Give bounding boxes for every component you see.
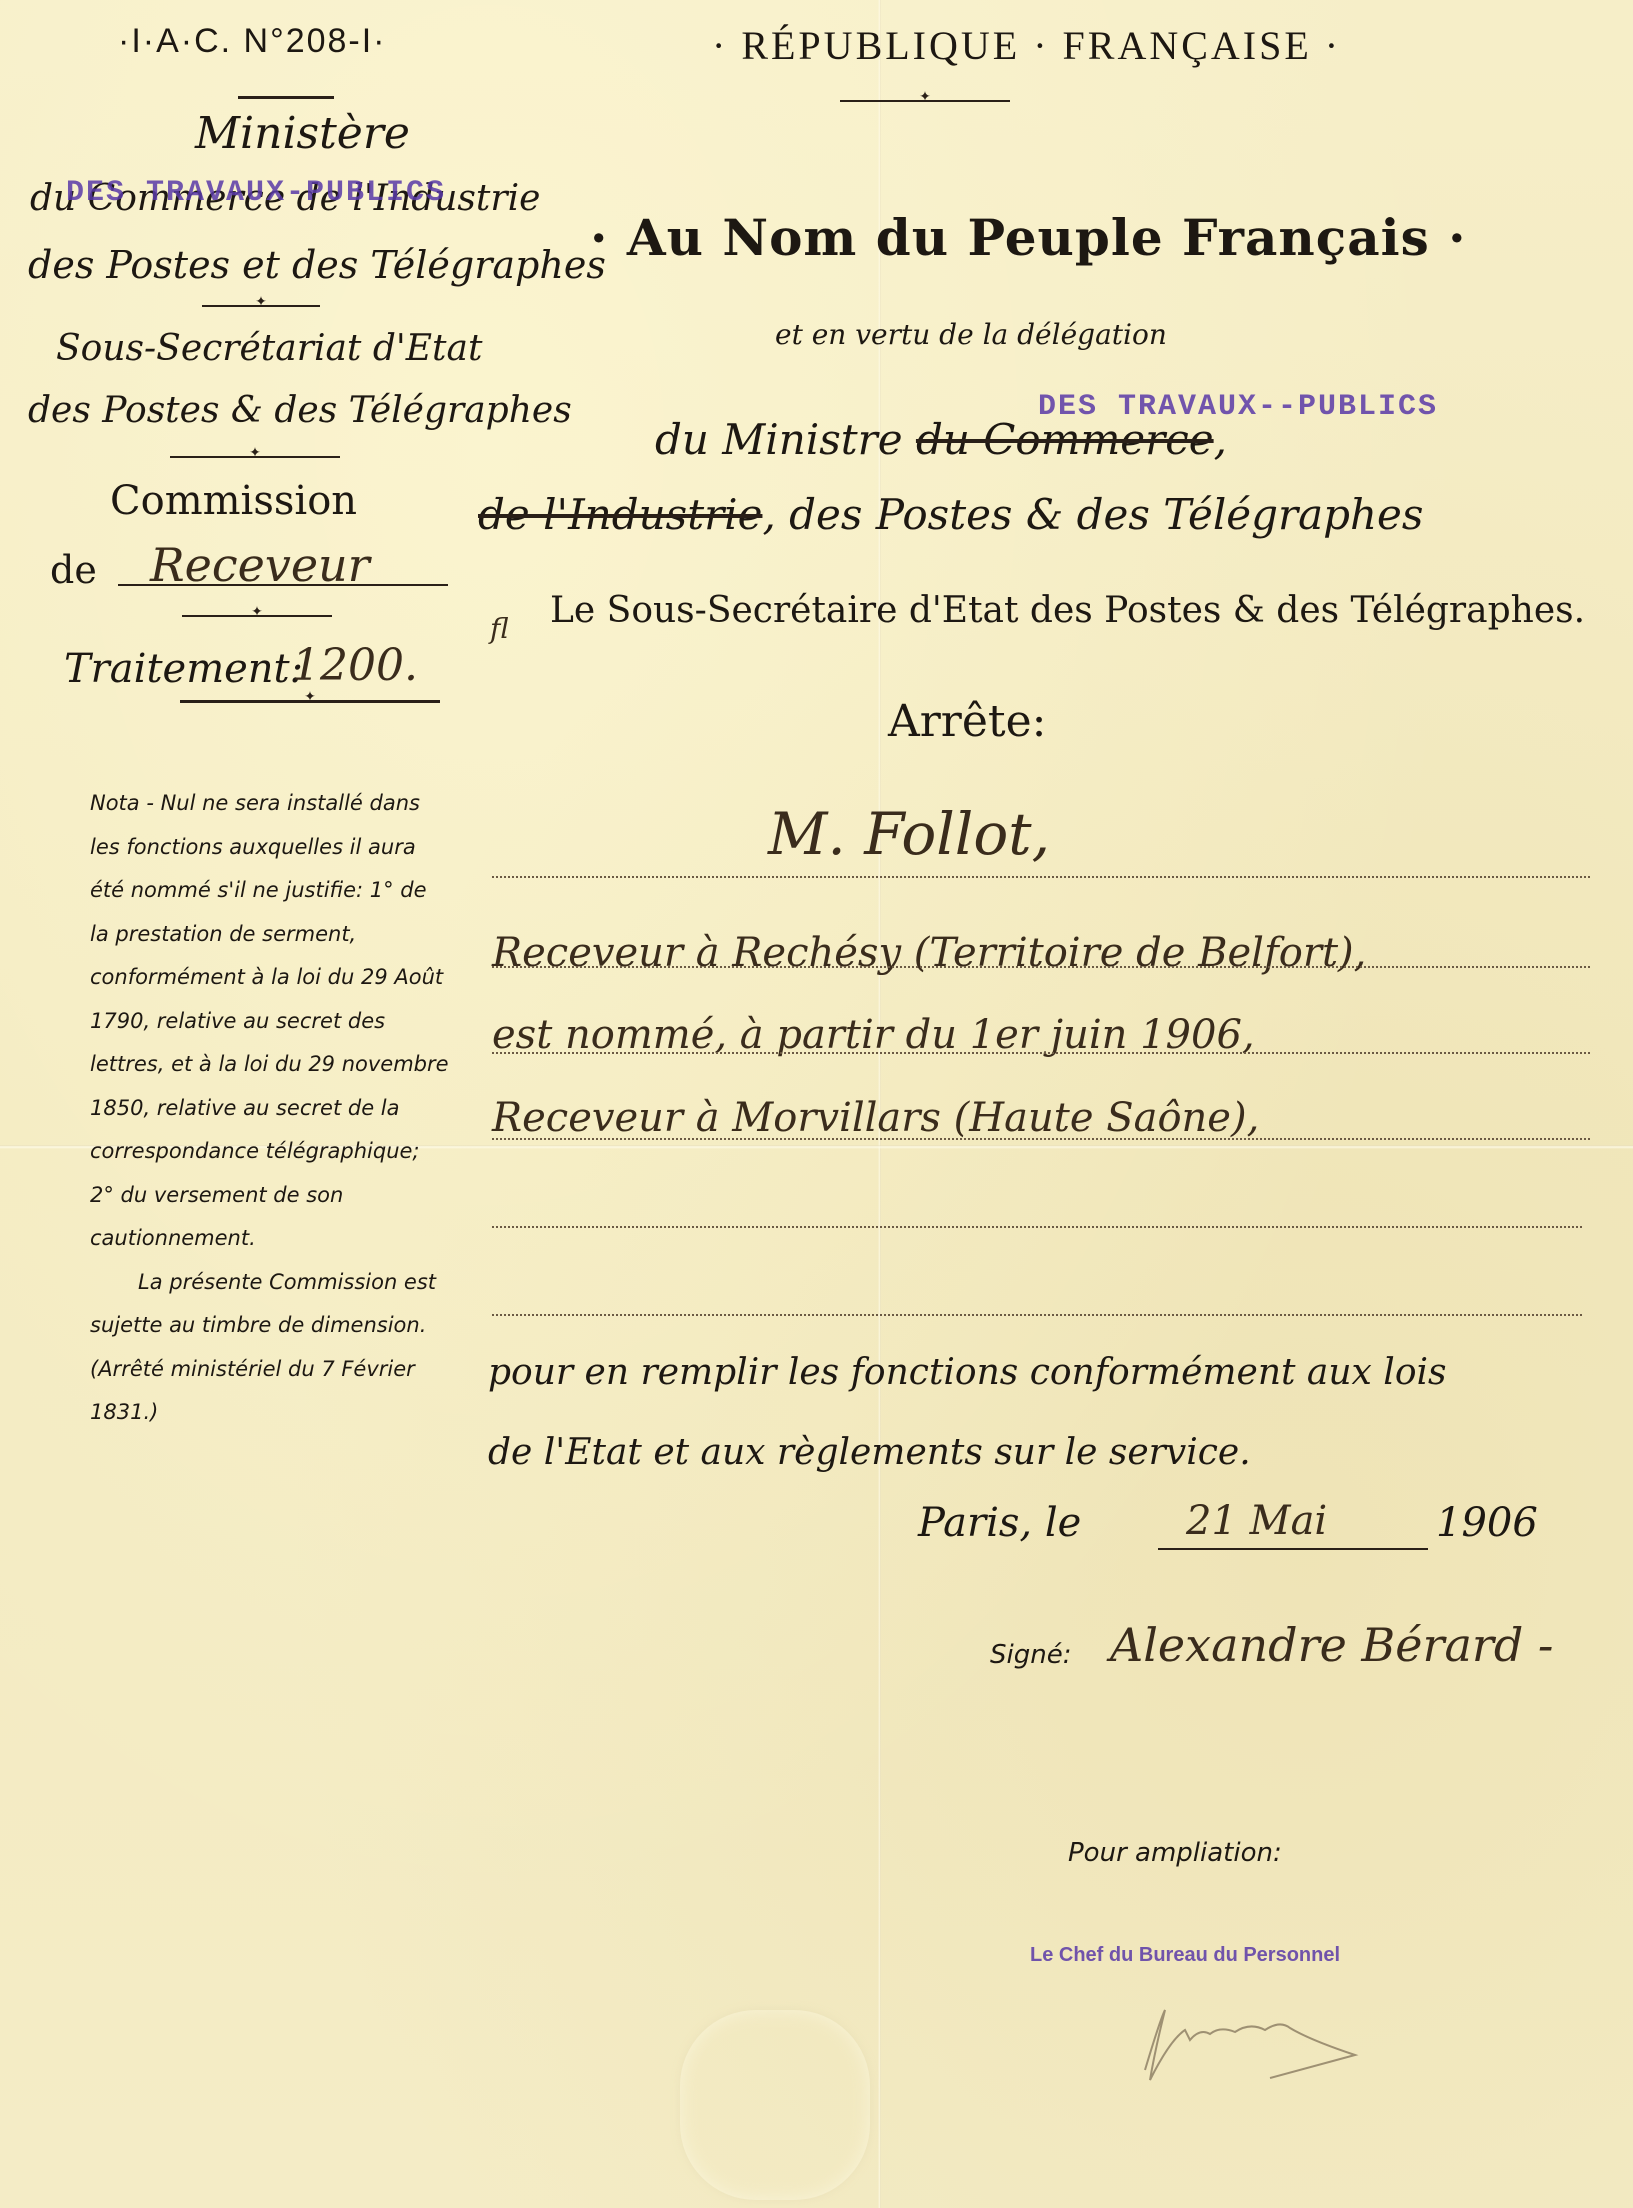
form-line xyxy=(492,1052,1590,1054)
ornament-divider xyxy=(170,456,340,458)
date-place: Paris, le xyxy=(918,1500,1081,1546)
ministry-line-postes: des Postes et des Télégraphes xyxy=(28,243,606,287)
ministry-title: Ministère xyxy=(195,108,410,159)
stamp-chef-bureau-personnel: Le Chef du Bureau du Personnel xyxy=(1030,1944,1340,1967)
ornament-divider xyxy=(202,305,320,307)
ministre-prefix: du Ministre xyxy=(655,415,903,464)
postes-telegraphes: , des Postes & des Télégraphes xyxy=(762,490,1423,539)
commission-de: de xyxy=(50,548,97,592)
delegation-line: et en vertu de la délégation xyxy=(775,318,1167,351)
form-line xyxy=(492,966,1590,968)
appointee-name: M. Follot, xyxy=(768,800,1050,868)
arrete-heading: Arrête: xyxy=(888,696,1046,747)
signature-label: Signé: xyxy=(990,1640,1071,1670)
date-underline xyxy=(1158,1548,1428,1550)
closing-line-1: pour en remplir les fonctions conforméme… xyxy=(488,1352,1446,1393)
date-day-month: 21 Mai xyxy=(1186,1498,1327,1544)
form-line xyxy=(492,876,1590,878)
reference-number: ·I·A·C. N°208-I· xyxy=(118,22,387,61)
ornament-divider xyxy=(840,100,1010,102)
industrie-line: de l'Industrie, des Postes & des Télégra… xyxy=(478,490,1423,539)
republic-heading: · RÉPUBLIQUE · FRANÇAISE · xyxy=(712,22,1341,69)
au-nom-du-peuple-heading: · Au Nom du Peuple Français · xyxy=(590,208,1467,267)
form-line xyxy=(492,1138,1590,1140)
role-underline xyxy=(118,584,448,586)
industrie-struck: de l'Industrie xyxy=(478,490,762,539)
stamp-travaux-publics-left: DES TRAVAUX-PUBLICS xyxy=(66,176,446,210)
nota-block: Nota - Nul ne sera installé dans les fon… xyxy=(90,782,450,1435)
reference-underline xyxy=(238,96,334,99)
body-line-1: Receveur à Rechésy (Territoire de Belfor… xyxy=(492,930,1366,976)
ornament-divider xyxy=(180,700,440,703)
commission-label: Commission xyxy=(110,478,357,524)
embossed-seal xyxy=(680,2010,870,2200)
timbre-paragraph: La présente Commission est sujette au ti… xyxy=(90,1261,450,1435)
closing-line-2: de l'Etat et aux règlements sur le servi… xyxy=(488,1432,1251,1473)
subsecretariat-line1: Sous-Secrétariat d'Etat xyxy=(56,328,482,369)
form-line xyxy=(492,1226,1582,1228)
ornament-divider xyxy=(182,615,332,617)
ministre-struck-commerce: du Commerce xyxy=(916,415,1214,464)
form-line xyxy=(492,1314,1582,1316)
salary-unit: fl xyxy=(490,612,509,645)
body-line-3: Receveur à Morvillars (Haute Saône), xyxy=(492,1095,1259,1141)
commission-document: ·I·A·C. N°208-I· Ministère du Commerce d… xyxy=(0,0,1633,2208)
salary-label: Traitement: xyxy=(64,646,303,692)
sous-secretaire-line: Le Sous-Secrétaire d'Etat des Postes & d… xyxy=(550,590,1585,631)
nota-paragraph: Nota - Nul ne sera installé dans les fon… xyxy=(90,782,450,1261)
signature-name: Alexandre Bérard - xyxy=(1110,1618,1553,1672)
ministre-line: du Ministre du Commerce, xyxy=(655,415,1227,464)
salary-value: 1200. xyxy=(292,640,418,691)
initials-signature-icon xyxy=(1140,2000,1520,2090)
date-year: 1906 xyxy=(1436,1500,1538,1546)
subsecretariat-line2: des Postes & des Télégraphes xyxy=(28,390,572,431)
ampliation-label: Pour ampliation: xyxy=(1068,1838,1282,1868)
